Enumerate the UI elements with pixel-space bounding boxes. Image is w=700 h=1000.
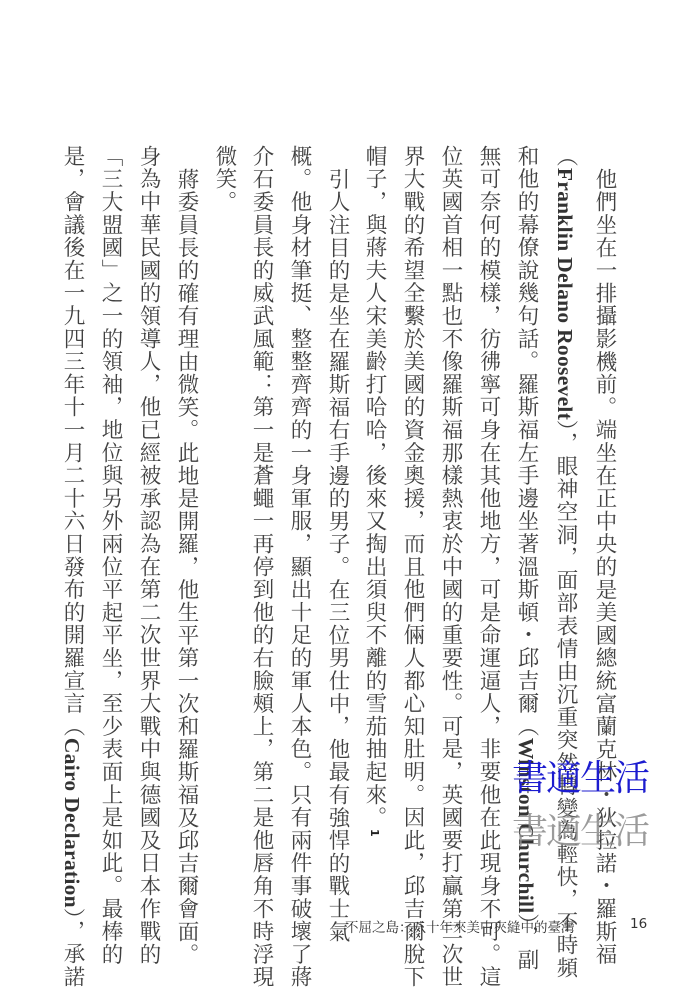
column-text: 帽子，與蔣夫人宋美齡打哈哈，後來又掏出須臾不離的雪茄抽起來。 (362, 145, 387, 829)
column-text: ），眼神空洞，面部表情由沉重突然轉變為輕快，不時頻 (553, 420, 578, 979)
column-text: 「三大盟國」之一的領袖，地位與另外兩位平起平坐，至少表面上是如此。最棒的 (98, 145, 123, 966)
running-footer-title: 不屈之島：八十年來美中夾縫中的臺灣 (345, 916, 575, 936)
column-text: 引人注目的是坐在羅斯福右手邊的男子。在三位男仕中，他最有強悍的戰士氣 (325, 168, 350, 943)
column-text: 微笑。 (212, 145, 237, 213)
watermark-primary: 書適生活 (512, 750, 648, 801)
text-column-4: 無可奈何的模樣，彷彿寧可身在其他地方，可是命運逼人，非要他在此現身不可。這 (476, 145, 500, 865)
column-text: （ (553, 145, 578, 168)
page-number: 16 (630, 916, 647, 932)
book-page: 他們坐在一排攝影機前。端坐在正中央的是美國總統富蘭克林・狄拉諾・羅斯福 （Fra… (0, 0, 700, 1000)
column-text: 和他的幕僚說幾句話。羅斯福左手邊坐著溫斯頓・邱吉爾（ (514, 145, 539, 738)
text-column-6: 界大戰的希望全繫於美國的資金奧援，而且他們倆人都心知肚明。因此，邱吉爾脫下 (400, 145, 424, 865)
column-text: 概。他身材筆挺、整整齊齊的一身軍服，顯出十足的軍人本色。只有兩件事破壞了蔣 (287, 145, 312, 989)
column-text: 是，會議後在一九四三年十一月二十六日發布的開羅宣言（ (60, 145, 85, 738)
text-column-8: 引人注目的是坐在羅斯福右手邊的男子。在三位男仕中，他最有強悍的戰士氣 (325, 168, 349, 888)
text-column-9: 概。他身材筆挺、整整齊齊的一身軍服，顯出十足的軍人本色。只有兩件事破壞了蔣 (287, 145, 311, 865)
text-column-11: 微笑。 (212, 145, 236, 865)
column-text: 位英國首相一點也不像羅斯福那樣熱衷於中國的重要性。可是，英國要打贏第二次世 (438, 145, 463, 989)
text-column-5: 位英國首相一點也不像羅斯福那樣熱衷於中國的重要性。可是，英國要打贏第二次世 (438, 145, 462, 865)
column-text: 身為中華民國的領導人，他已經被承認為在第二次世界大戰中與德國及日本作戰的 (136, 145, 161, 966)
text-column-14: 「三大盟國」之一的領袖，地位與另外兩位平起平坐，至少表面上是如此。最棒的 (98, 145, 122, 865)
text-column-7: 帽子，與蔣夫人宋美齡打哈哈，後來又掏出須臾不離的雪茄抽起來。1 (362, 145, 386, 865)
column-text: 無可奈何的模樣，彷彿寧可身在其他地方，可是命運逼人，非要他在此現身不可。這 (476, 145, 501, 989)
column-text: 蔣委員長的確有理由微笑。此地是開羅，他生平第一次和羅斯福及邱吉爾會面。 (174, 168, 199, 966)
watermark-secondary: 書適生活 (512, 803, 648, 854)
text-column-10: 介石委員長的威武風範：第一是蒼蠅一再停到他的右臉頰上，第二是他唇角不時浮現 (249, 145, 273, 865)
column-text: ），承諾 (60, 908, 85, 988)
text-column-13: 身為中華民國的領導人，他已經被承認為在第二次世界大戰中與德國及日本作戰的 (136, 145, 160, 865)
text-column-15: 是，會議後在一九四三年十一月二十六日發布的開羅宣言（Cairo Declarat… (60, 145, 84, 865)
column-text: 介石委員長的威武風範：第一是蒼蠅一再停到他的右臉頰上，第二是他唇角不時浮現 (249, 145, 274, 989)
column-text: 界大戰的希望全繫於美國的資金奧援，而且他們倆人都心知肚明。因此，邱吉爾脫下 (400, 145, 425, 989)
latin-name: Franklin Delano Roosevelt (553, 168, 577, 420)
latin-name: Cairo Declaration (60, 738, 84, 908)
text-column-12: 蔣委員長的確有理由微笑。此地是開羅，他生平第一次和羅斯福及邱吉爾會面。 (174, 168, 198, 888)
footnote-marker[interactable]: 1 (368, 829, 381, 838)
